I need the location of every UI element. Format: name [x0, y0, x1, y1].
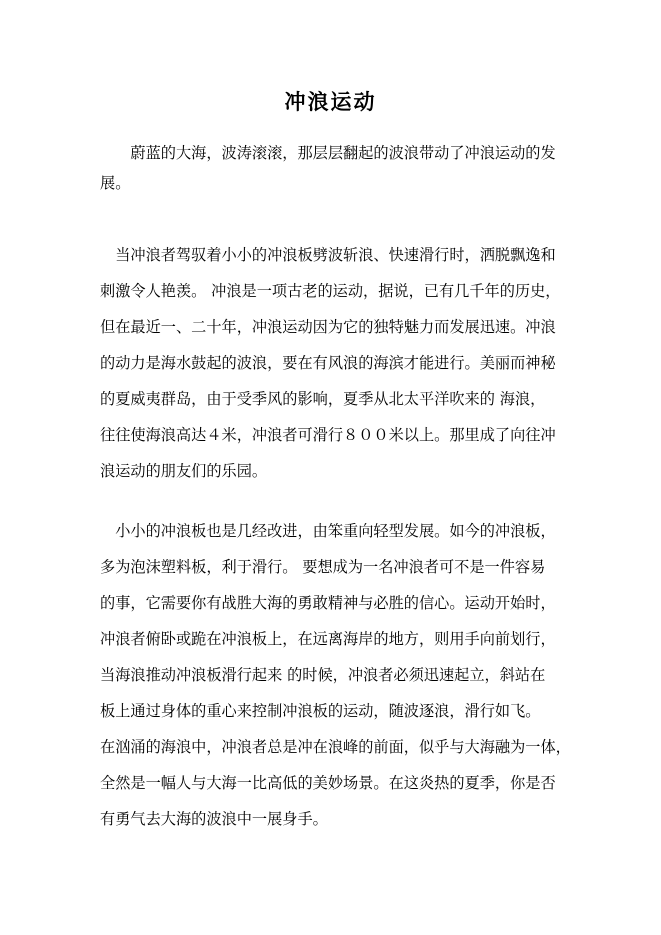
- paragraph-2-line-7: 浪运动的朋友们的乐园。: [100, 461, 580, 481]
- paragraph-3-line-5: 当海浪推动冲浪板滑行起来 的时候，冲浪者必须迅速起立，斜站在: [100, 665, 580, 685]
- paragraph-3-line-4: 冲浪者俯卧或跪在冲浪板上，在远离海岸的地方，则用手向前划行，: [100, 629, 580, 649]
- paragraph-2-line-5: 的夏威夷群岛，由于受季风的影响，夏季从北太平洋吹来的 海浪，: [100, 389, 580, 409]
- paragraph-1-line-2: 展。: [100, 173, 580, 193]
- paragraph-3-line-7: 在汹涌的海浪中，冲浪者总是冲在浪峰的前面，似乎与大海融为一体，: [100, 737, 580, 757]
- paragraph-2-line-3: 但在最近一、二十年，冲浪运动因为它的独特魅力而发展迅速。冲浪: [100, 317, 580, 337]
- paragraph-2-line-6: 往往使海浪高达４米，冲浪者可滑行８００米以上。那里成了向往冲: [100, 425, 580, 445]
- paragraph-2-line-1: 当冲浪者驾驭着小小的冲浪板劈波斩浪、快速滑行时，洒脱飘逸和: [100, 245, 580, 265]
- paragraph-3-line-9: 有勇气去大海的波浪中一展身手。: [100, 809, 580, 829]
- paragraph-2-line-2: 刺激令人艳羡。 冲浪是一项古老的运动，据说，已有几千年的历史，: [100, 281, 580, 301]
- paragraph-3-line-2: 多为泡沫塑料板，利于滑行。 要想成为一名冲浪者可不是一件容易: [100, 557, 580, 577]
- document-page: 冲浪运动 蔚蓝的大海，波涛滚滚，那层层翻起的波浪带动了冲浪运动的发 展。 当冲浪…: [0, 0, 661, 935]
- paragraph-3-line-8: 全然是一幅人与大海一比高低的美妙场景。在这炎热的夏季，你是否: [100, 773, 580, 793]
- paragraph-3-line-6: 板上通过身体的重心来控制冲浪板的运动，随波逐浪，滑行如飞。: [100, 701, 580, 721]
- paragraph-2-line-4: 的动力是海水鼓起的波浪，要在有风浪的海滨才能进行。美丽而神秘: [100, 353, 580, 373]
- document-title: 冲浪运动: [0, 86, 661, 116]
- paragraph-1-line-1: 蔚蓝的大海，波涛滚滚，那层层翻起的波浪带动了冲浪运动的发: [100, 143, 580, 163]
- paragraph-3-line-3: 的事，它需要你有战胜大海的勇敢精神与必胜的信心。运动开始时，: [100, 593, 580, 613]
- paragraph-3-line-1: 小小的冲浪板也是几经改进，由笨重向轻型发展。如今的冲浪板，: [100, 521, 580, 541]
